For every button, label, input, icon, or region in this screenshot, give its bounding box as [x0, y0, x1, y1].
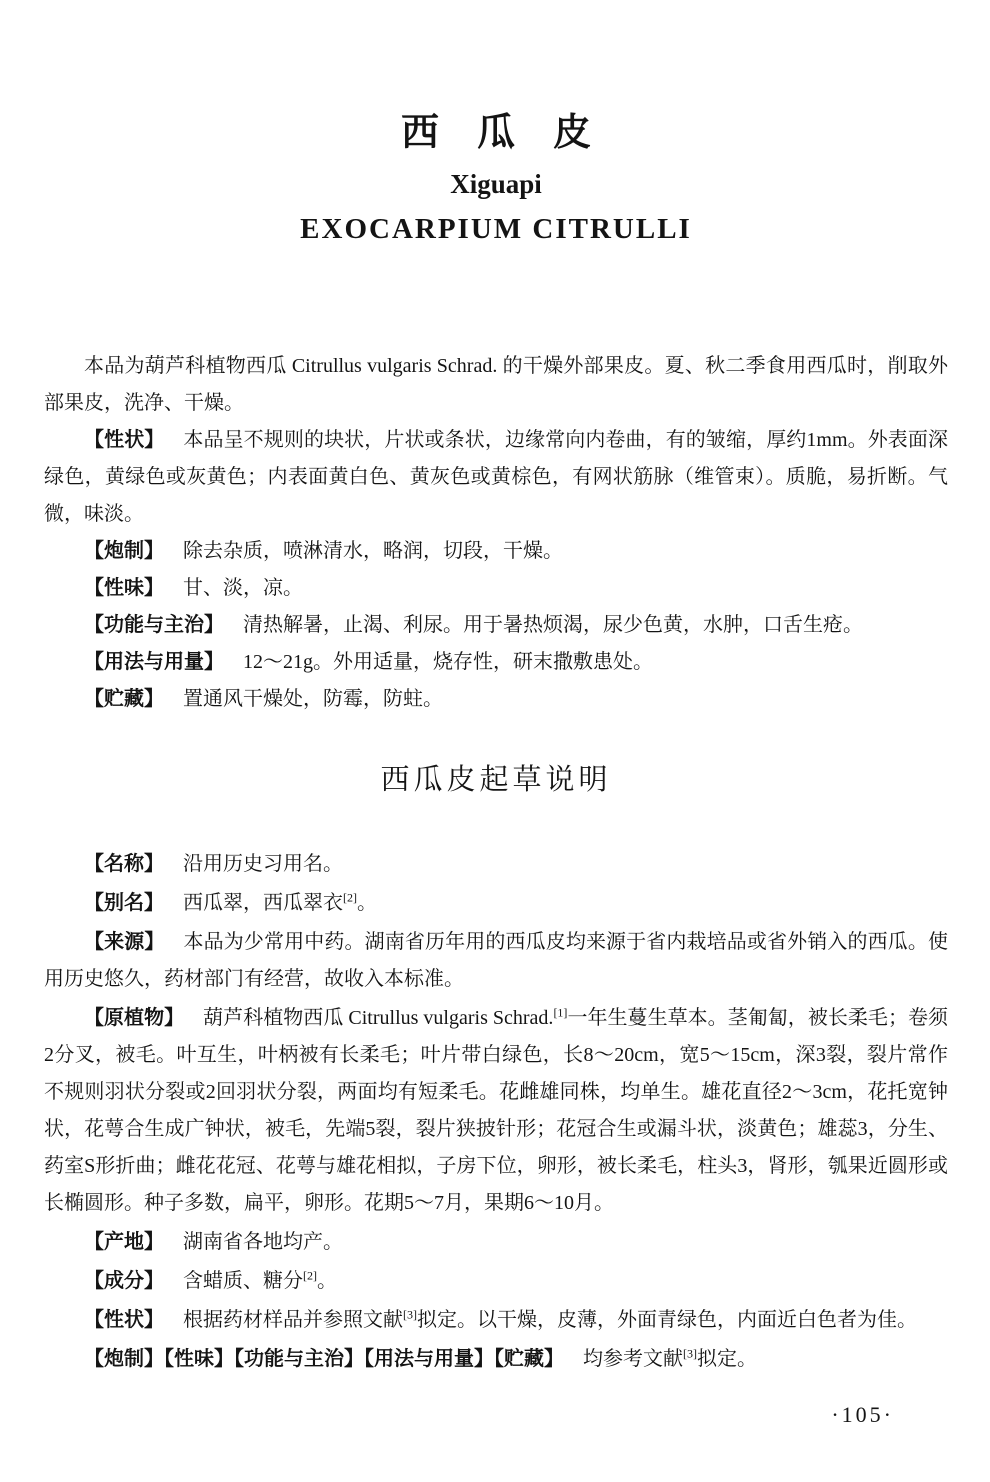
entry-label: 【用法与用量】: [84, 651, 224, 673]
reference-superscript: [2]: [343, 890, 357, 904]
entry-paragraph: 【原植物】葫芦科植物西瓜 Citrullus vulgaris Schrad.[…: [44, 1000, 948, 1222]
text-run: 置通风干燥处，防霉，防蛀。: [183, 688, 443, 710]
entry-text: 均参考文献[3]拟定。: [583, 1348, 757, 1370]
text-run: 甘、淡，凉。: [183, 577, 303, 599]
entry-paragraph: 【炮制】【性味】【功能与主治】【用法与用量】【贮藏】均参考文献[3]拟定。: [44, 1341, 948, 1378]
entry-text: 湖南省各地均产。: [183, 1231, 343, 1253]
entry-text: 置通风干燥处，防霉，防蛀。: [183, 688, 443, 710]
entry-paragraph: 【功能与主治】清热解暑，止渴、利尿。用于暑热烦渴，尿少色黄，水肿，口舌生疮。: [44, 607, 948, 644]
entry-label: 【贮藏】: [84, 688, 164, 710]
text-run: 拟定。以干燥，皮薄，外面青绿色，内面近白色者为佳。: [417, 1309, 917, 1331]
entry-text: 12～21g。外用适量，烧存性，研末撒敷患处。: [243, 651, 653, 673]
reference-superscript: [2]: [303, 1268, 317, 1282]
entry-text: 清热解暑，止渴、利尿。用于暑热烦渴，尿少色黄，水肿，口舌生疮。: [243, 614, 863, 636]
entry-text: 甘、淡，凉。: [183, 577, 303, 599]
text-run: 拟定。: [697, 1348, 757, 1370]
document-page: 西 瓜 皮 Xiguapi EXOCARPIUM CITRULLI 本品为葫芦科…: [0, 0, 990, 1482]
entry-paragraph: 【产地】湖南省各地均产。: [44, 1224, 948, 1261]
notes-entries: 【名称】沿用历史习用名。【别名】西瓜翠，西瓜翠衣[2]。【来源】本品为少常用中药…: [44, 846, 948, 1378]
title-chinese: 西 瓜 皮: [44, 110, 948, 156]
entry-label: 【成分】: [84, 1270, 164, 1292]
entry-label: 【性味】: [84, 577, 164, 599]
entry-paragraph: 本品为葫芦科植物西瓜 Citrullus vulgaris Schrad. 的干…: [44, 348, 948, 422]
entry-label: 【炮制】【性味】【功能与主治】【用法与用量】【贮藏】: [84, 1348, 564, 1370]
entry-paragraph: 【性状】根据药材样品并参照文献[3]拟定。以干燥，皮薄，外面青绿色，内面近白色者…: [44, 1302, 948, 1339]
entry-text: 本品为少常用中药。湖南省历年用的西瓜皮均来源于省内栽培品或省外销入的西瓜。使用历…: [44, 931, 948, 990]
title-block: 西 瓜 皮 Xiguapi EXOCARPIUM CITRULLI: [44, 0, 948, 246]
reference-superscript: [1]: [553, 1005, 567, 1019]
entry-text: 沿用历史习用名。: [183, 853, 343, 875]
entry-paragraph: 【别名】西瓜翠，西瓜翠衣[2]。: [44, 885, 948, 922]
text-run: 根据药材样品并参照文献: [183, 1309, 403, 1331]
entry-label: 【原植物】: [84, 1007, 184, 1029]
entry-label: 【名称】: [84, 853, 164, 875]
entry-text: 葫芦科植物西瓜 Citrullus vulgaris Schrad.[1]一年生…: [44, 1007, 948, 1214]
text-run: 本品呈不规则的块状，片状或条状，边缘常向内卷曲，有的皱缩，厚约1mm。外表面深绿…: [44, 429, 948, 525]
entry-text: 西瓜翠，西瓜翠衣[2]。: [183, 892, 377, 914]
reference-superscript: [3]: [683, 1346, 697, 1360]
reference-superscript: [3]: [403, 1307, 417, 1321]
entry-paragraph: 【性味】甘、淡，凉。: [44, 570, 948, 607]
entry-text: 本品呈不规则的块状，片状或条状，边缘常向内卷曲，有的皱缩，厚约1mm。外表面深绿…: [44, 429, 948, 525]
monograph-entries: 本品为葫芦科植物西瓜 Citrullus vulgaris Schrad. 的干…: [44, 348, 948, 718]
entry-label: 【别名】: [84, 892, 164, 914]
entry-text: 根据药材样品并参照文献[3]拟定。以干燥，皮薄，外面青绿色，内面近白色者为佳。: [183, 1309, 917, 1331]
entry-label: 【炮制】: [84, 540, 164, 562]
entry-label: 【性状】: [84, 1309, 164, 1331]
entry-paragraph: 【名称】沿用历史习用名。: [44, 846, 948, 883]
text-run: 。: [357, 892, 377, 914]
title-pinyin: Xiguapi: [44, 168, 948, 200]
text-run: 西瓜翠，西瓜翠衣: [183, 892, 343, 914]
notes-section: 【名称】沿用历史习用名。【别名】西瓜翠，西瓜翠衣[2]。【来源】本品为少常用中药…: [44, 846, 948, 1378]
entry-label: 【性状】: [84, 429, 164, 451]
page-number: ·105·: [831, 1402, 894, 1428]
notes-heading: 西瓜皮起草说明: [44, 760, 948, 800]
entry-label: 【来源】: [84, 931, 165, 953]
monograph-section: 本品为葫芦科植物西瓜 Citrullus vulgaris Schrad. 的干…: [44, 348, 948, 718]
entry-paragraph: 【贮藏】置通风干燥处，防霉，防蛀。: [44, 681, 948, 718]
entry-paragraph: 【性状】本品呈不规则的块状，片状或条状，边缘常向内卷曲，有的皱缩，厚约1mm。外…: [44, 422, 948, 533]
text-run: 本品为葫芦科植物西瓜 Citrullus vulgaris Schrad. 的干…: [44, 355, 948, 414]
text-run: 含蜡质、糖分: [183, 1270, 303, 1292]
entry-paragraph: 【成分】含蜡质、糖分[2]。: [44, 1263, 948, 1300]
text-run: 沿用历史习用名。: [183, 853, 343, 875]
text-run: 除去杂质，喷淋清水，略润，切段，干燥。: [183, 540, 563, 562]
entry-label: 【功能与主治】: [84, 614, 224, 636]
text-run: 一年生蔓生草本。茎匍匐，被长柔毛；卷须2分叉，被毛。叶互生，叶柄被有长柔毛；叶片…: [44, 1007, 948, 1214]
text-run: 12～21g。外用适量，烧存性，研末撒敷患处。: [243, 651, 653, 673]
entry-label: 【产地】: [84, 1231, 164, 1253]
text-run: 清热解暑，止渴、利尿。用于暑热烦渴，尿少色黄，水肿，口舌生疮。: [243, 614, 863, 636]
text-run: 均参考文献: [583, 1348, 683, 1370]
text-run: 。: [317, 1270, 337, 1292]
entry-paragraph: 【用法与用量】12～21g。外用适量，烧存性，研末撒敷患处。: [44, 644, 948, 681]
entry-text: 本品为葫芦科植物西瓜 Citrullus vulgaris Schrad. 的干…: [44, 355, 948, 414]
text-run: 葫芦科植物西瓜 Citrullus vulgaris Schrad.: [203, 1007, 553, 1029]
entry-paragraph: 【来源】本品为少常用中药。湖南省历年用的西瓜皮均来源于省内栽培品或省外销入的西瓜…: [44, 924, 948, 998]
title-latin: EXOCARPIUM CITRULLI: [44, 212, 948, 246]
entry-paragraph: 【炮制】除去杂质，喷淋清水，略润，切段，干燥。: [44, 533, 948, 570]
entry-text: 除去杂质，喷淋清水，略润，切段，干燥。: [183, 540, 563, 562]
entry-text: 含蜡质、糖分[2]。: [183, 1270, 337, 1292]
text-run: 本品为少常用中药。湖南省历年用的西瓜皮均来源于省内栽培品或省外销入的西瓜。使用历…: [44, 931, 948, 990]
text-run: 湖南省各地均产。: [183, 1231, 343, 1253]
